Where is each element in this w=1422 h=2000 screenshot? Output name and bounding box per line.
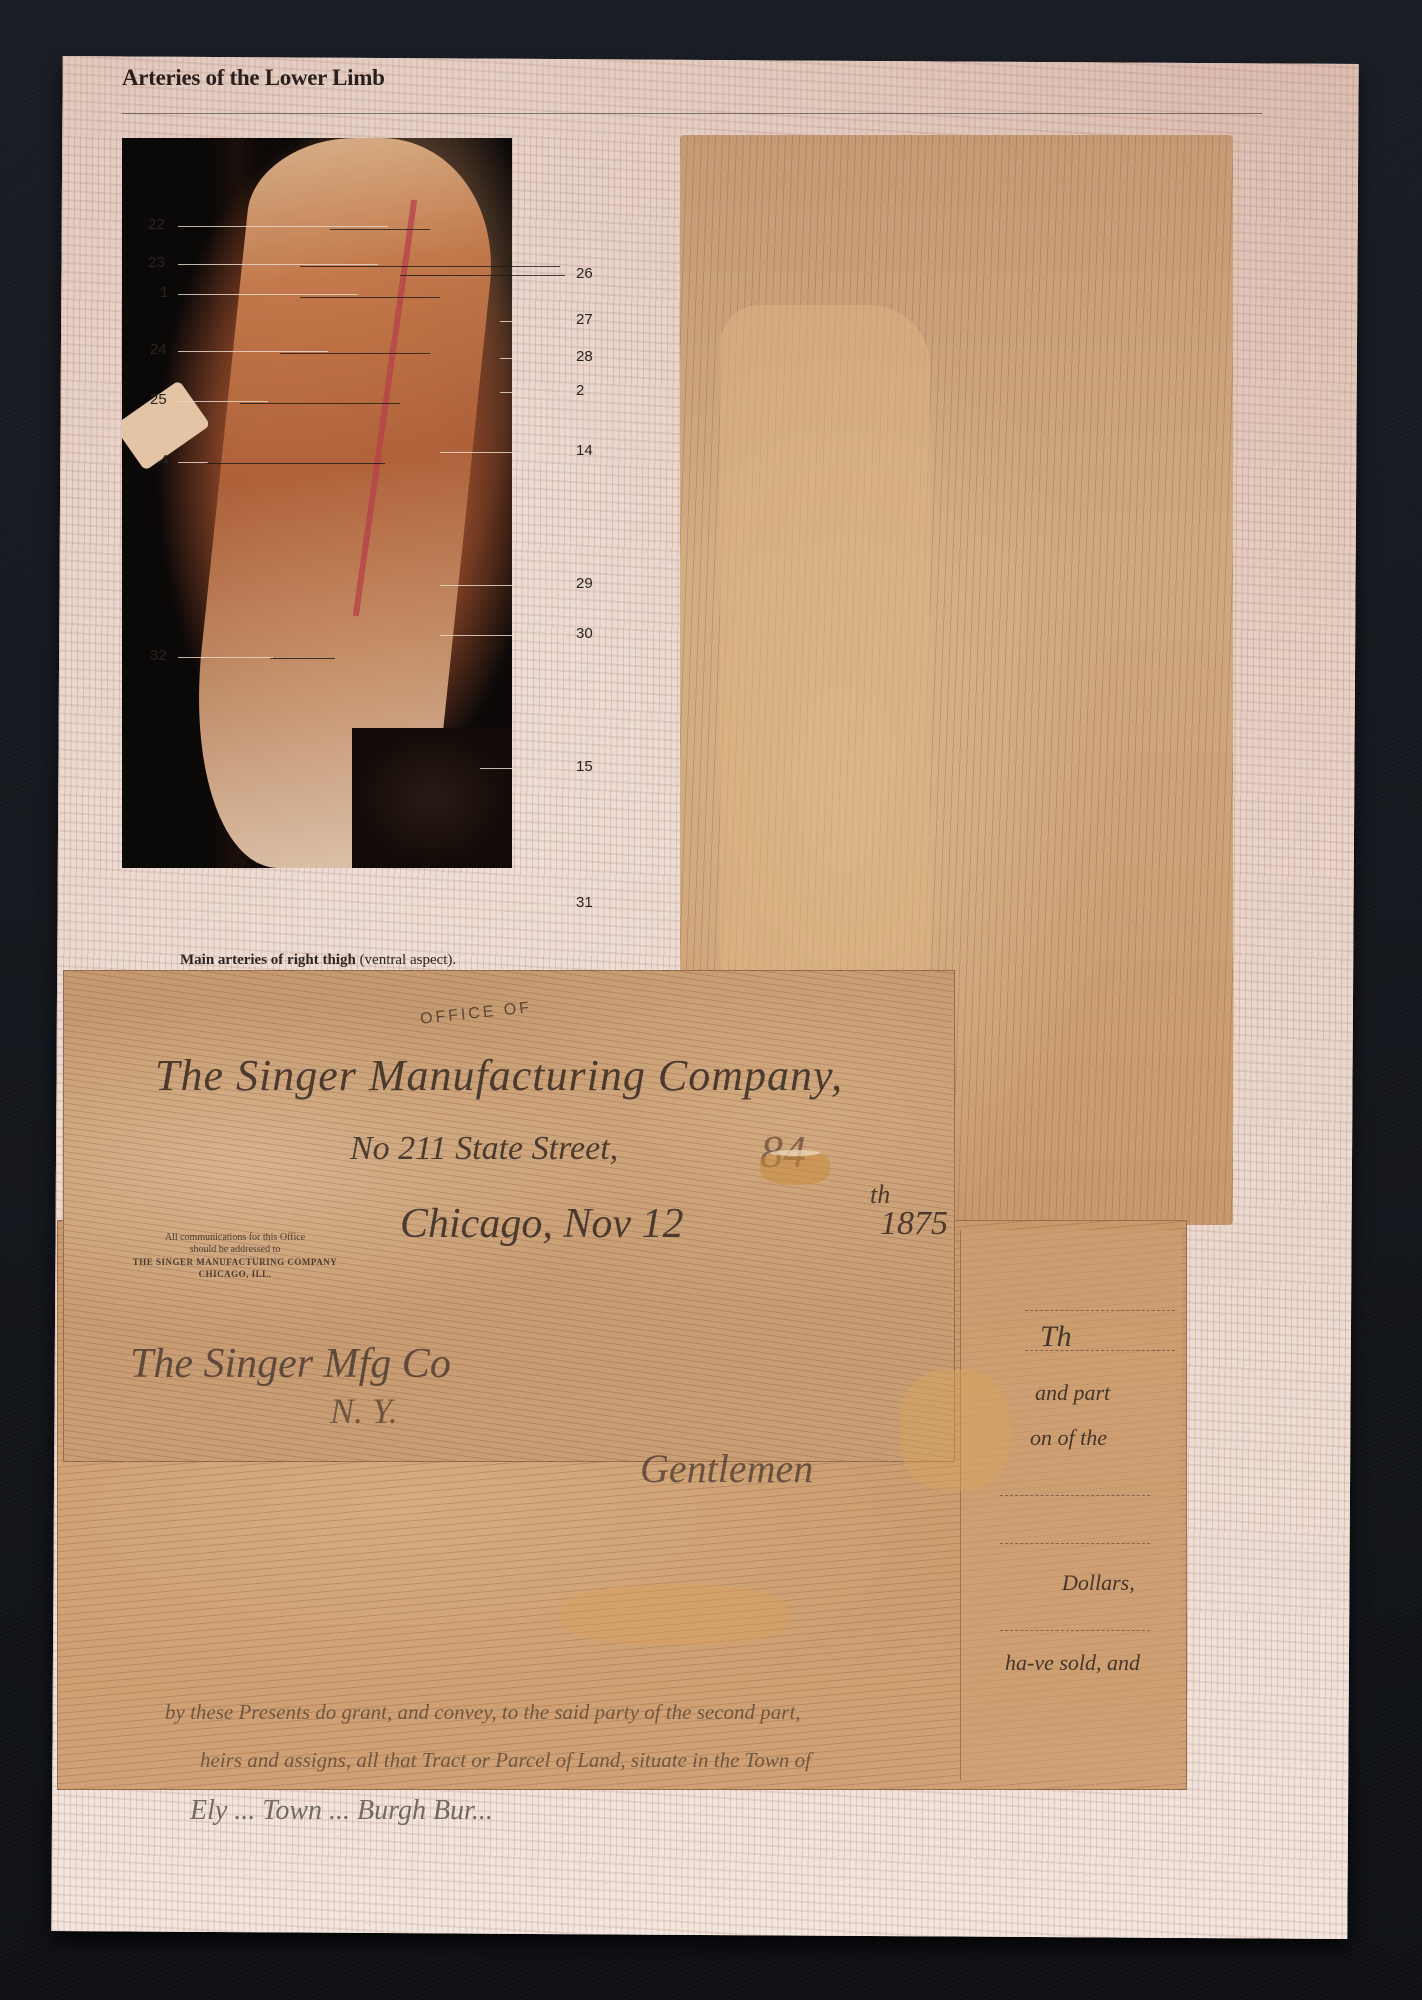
leader-line bbox=[440, 635, 565, 636]
deed-line: by these Presents do grant, and convey, … bbox=[165, 1700, 801, 1725]
dashed-line bbox=[1025, 1310, 1175, 1311]
company-name: The Singer Manufacturing Company, bbox=[155, 1050, 843, 1101]
leader-line bbox=[178, 401, 268, 402]
year: 1875 bbox=[880, 1205, 948, 1243]
leader-line bbox=[280, 353, 430, 354]
leader-line bbox=[178, 351, 328, 352]
resin-glare bbox=[770, 1150, 820, 1156]
address-note-line: THE SINGER MANUFACTURING COMPANY bbox=[110, 1256, 360, 1268]
resin-pool bbox=[560, 1585, 790, 1645]
leader-line bbox=[300, 266, 560, 267]
title-rule bbox=[122, 113, 1262, 114]
address-note-line: All communications for this Office bbox=[110, 1232, 360, 1244]
label-left: 4 bbox=[160, 452, 168, 469]
label-right: 31 bbox=[576, 894, 593, 911]
address-note-line: should be addressed to bbox=[110, 1244, 360, 1256]
address-note-line: CHICAGO, ILL. bbox=[110, 1268, 360, 1280]
leader-line bbox=[300, 297, 440, 298]
dashed-line bbox=[1000, 1543, 1150, 1544]
street-address: No 211 State Street, bbox=[350, 1130, 618, 1168]
leader-line bbox=[440, 585, 565, 586]
label-left: 25 bbox=[150, 391, 167, 408]
deed-fragment: and part bbox=[1035, 1380, 1110, 1406]
leader-line bbox=[500, 321, 565, 322]
deed-fragment: on of the bbox=[1030, 1425, 1107, 1451]
leader-line bbox=[270, 658, 335, 659]
leader-line bbox=[400, 904, 565, 905]
leader-line bbox=[205, 463, 385, 464]
label-right: 29 bbox=[576, 575, 593, 592]
leader-line bbox=[240, 403, 400, 404]
anatomy-photo bbox=[122, 138, 512, 868]
label-right: 30 bbox=[576, 625, 593, 642]
label-right: 26 bbox=[576, 265, 593, 282]
plate-title: Arteries of the Lower Limb bbox=[122, 65, 385, 91]
leader-line bbox=[480, 768, 565, 769]
salutation-city: N. Y. bbox=[330, 1390, 398, 1432]
caption-line1: (ventral aspect). bbox=[356, 952, 456, 968]
deed-right-section bbox=[960, 1230, 1181, 1780]
resin-pool bbox=[900, 1370, 1010, 1490]
deed-fragment: Th bbox=[1040, 1320, 1072, 1354]
deed-line: Ely ... Town ... Burgh Bur... bbox=[190, 1795, 493, 1827]
leader-line bbox=[178, 462, 208, 463]
leader-line bbox=[440, 452, 565, 453]
label-right: 14 bbox=[576, 442, 593, 459]
address-note: All communications for this Office shoul… bbox=[110, 1232, 360, 1280]
label-right: 2 bbox=[576, 382, 584, 399]
leader-line bbox=[330, 229, 430, 230]
leader-line bbox=[178, 294, 358, 295]
label-left: 23 bbox=[148, 254, 165, 271]
label-left: 32 bbox=[150, 647, 167, 664]
label-left: 22 bbox=[148, 216, 165, 233]
leader-line bbox=[500, 358, 565, 359]
city-date: Chicago, Nov 12 bbox=[400, 1200, 683, 1248]
label-right: 28 bbox=[576, 348, 593, 365]
salutation: The Singer Mfg Co bbox=[130, 1340, 451, 1388]
label-left: 1 bbox=[160, 284, 168, 301]
label-right: 15 bbox=[576, 758, 593, 775]
leader-line bbox=[500, 392, 565, 393]
leader-line bbox=[400, 275, 565, 276]
deed-fragment: Dollars, bbox=[1062, 1570, 1135, 1596]
label-right: 27 bbox=[576, 311, 593, 328]
deed-line: heirs and assigns, all that Tract or Par… bbox=[200, 1748, 811, 1773]
caption-bold: Main arteries of right thigh bbox=[180, 952, 356, 968]
deed-fragment: ha-ve sold, and bbox=[1005, 1650, 1140, 1676]
dashed-line bbox=[1000, 1630, 1150, 1631]
leader-line bbox=[178, 264, 378, 265]
dark-shadow-region bbox=[352, 728, 512, 868]
label-left: 24 bbox=[150, 341, 167, 358]
dashed-line bbox=[1000, 1495, 1150, 1496]
leader-line bbox=[178, 226, 388, 227]
greeting: Gentlemen bbox=[640, 1445, 813, 1492]
leader-line bbox=[178, 657, 273, 658]
